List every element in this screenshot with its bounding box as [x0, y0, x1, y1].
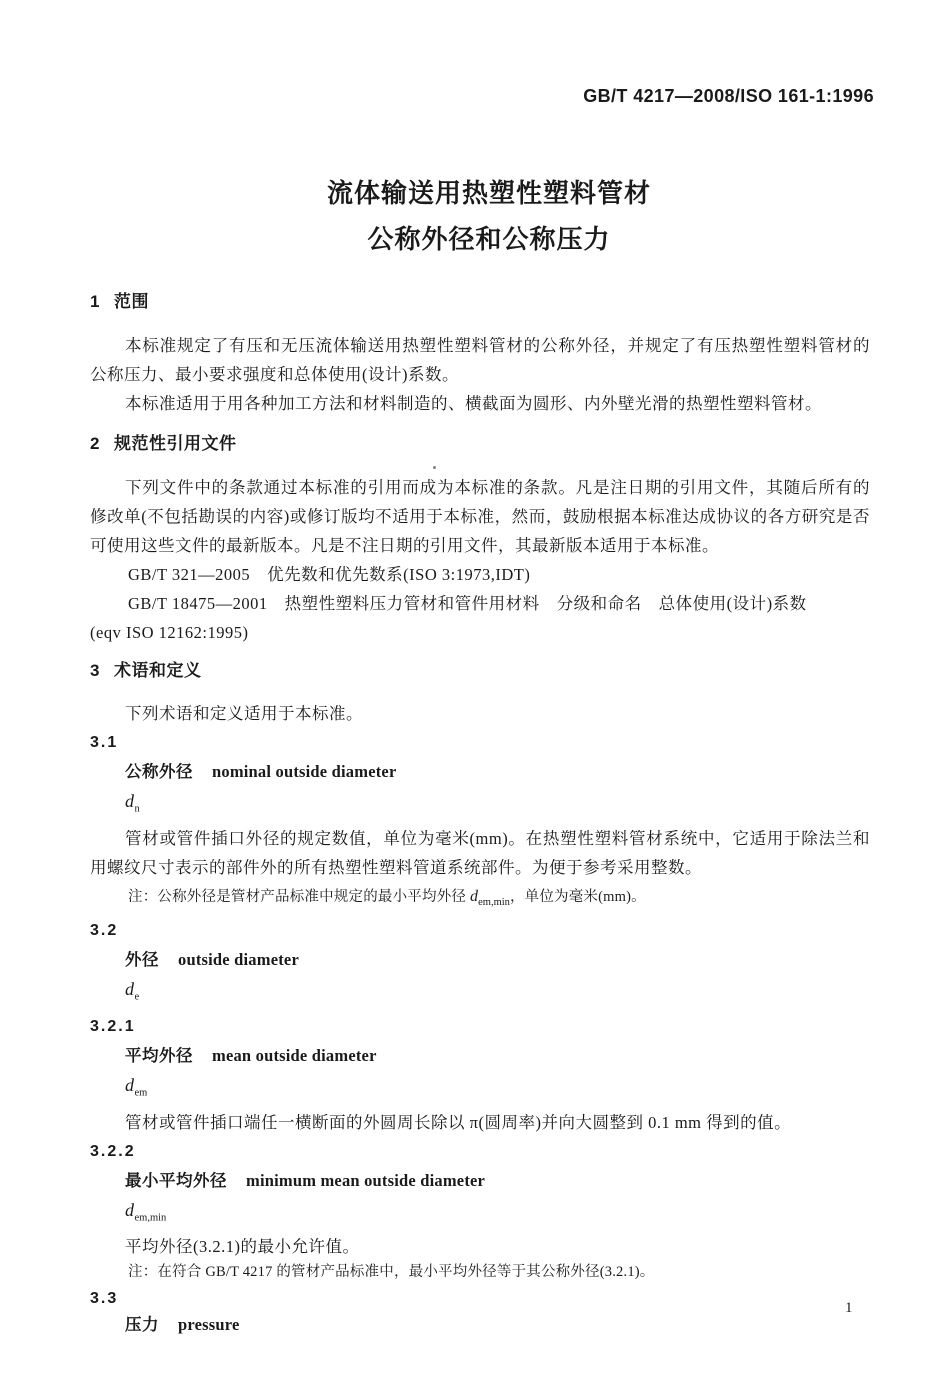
symbol-dem: dem: [90, 1071, 870, 1108]
inline-symbol-base: d: [470, 888, 478, 905]
section-3-number: 3: [90, 661, 100, 680]
note-text: 在符合 GB/T 4217 的管材产品标准中，最小平均外径等于其公称外径(3.2…: [157, 1264, 654, 1280]
definition-mean-outside-diameter: 管材或管件插口端任一横断面的外圆周长除以 π(圆周率)并向大圆整到 0.1 mm…: [90, 1108, 870, 1137]
definition-minimum-mean-outside-diameter: 平均外径(3.2.1)的最小允许值。: [90, 1232, 870, 1261]
note-minimum-mean-outside-diameter: 注：在符合 GB/T 4217 的管材产品标准中，最小平均外径等于其公称外径(3…: [90, 1258, 870, 1287]
term-en: nominal outside diameter: [212, 762, 396, 781]
section-1-title: 范围: [114, 292, 149, 311]
term-zh: 公称外径: [125, 763, 193, 781]
symbol-de: de: [90, 975, 870, 1012]
term-mean-outside-diameter: 平均外径mean outside diameter: [90, 1041, 870, 1071]
standard-code: GB/T 4217—2008/ISO 161-1:1996: [583, 86, 874, 107]
clause-3-1-number: 3.1: [90, 728, 870, 757]
section-1-heading: 1范围: [90, 287, 870, 316]
term-en: pressure: [178, 1315, 240, 1334]
section-1-para-2: 本标准适用于用各种加工方法和材料制造的、横截面为圆形、内外壁光滑的热塑性塑料管材…: [90, 389, 870, 418]
reference-gbt-18475-line-2: (eqv ISO 12162:1995): [90, 623, 248, 642]
term-pressure: 压力pressure: [90, 1310, 870, 1340]
page-number: 1: [845, 1298, 853, 1318]
clause-3-2-2-number: 3.2.2: [90, 1137, 870, 1166]
symbol-subscript: e: [135, 992, 140, 1003]
symbol-dem-min: dem,min: [90, 1196, 870, 1233]
term-minimum-mean-outside-diameter: 最小平均外径minimum mean outside diameter: [90, 1166, 870, 1196]
section-3-title: 术语和定义: [114, 661, 202, 680]
symbol-base: d: [125, 1075, 135, 1095]
symbol-dn: dn: [90, 787, 870, 824]
term-en: mean outside diameter: [212, 1046, 377, 1065]
symbol-base: d: [125, 791, 135, 811]
inline-symbol-subscript: em,min: [478, 896, 510, 907]
symbol-base: d: [125, 979, 135, 999]
reference-gbt-321: GB/T 321—2005 优先数和优先数系(ISO 3:1973,IDT): [90, 560, 870, 589]
section-3-heading: 3术语和定义: [90, 656, 870, 685]
note-text-pre: 公称外径是管材产品标准中规定的最小平均外径: [157, 889, 470, 905]
note-text-post: ，单位为毫米(mm)。: [510, 889, 646, 905]
section-1-number: 1: [90, 292, 100, 311]
section-2-para-1: 下列文件中的条款通过本标准的引用而成为本标准的条款。凡是注日期的引用文件，其随后…: [90, 473, 870, 560]
note-nominal-outside-diameter: 注：公称外径是管材产品标准中规定的最小平均外径 dem,min，单位为毫米(mm…: [90, 882, 870, 917]
term-zh: 外径: [125, 951, 159, 969]
section-1-para-1: 本标准规定了有压和无压流体输送用热塑性塑料管材的公称外径，并规定了有压热塑性塑料…: [90, 331, 870, 389]
term-zh: 最小平均外径: [125, 1172, 227, 1190]
term-outside-diameter: 外径outside diameter: [90, 945, 870, 975]
reference-gbt-18475-line-1: GB/T 18475—2001 热塑性塑料压力管材和管件用材料 分级和命名 总体…: [90, 594, 807, 613]
clause-3-3-number: 3.3: [90, 1284, 870, 1313]
title-line-2: 公称外径和公称压力: [14, 216, 950, 262]
document-page: GB/T 4217—2008/ISO 161-1:1996 流体输送用热塑性塑料…: [0, 0, 950, 1396]
term-en: outside diameter: [178, 950, 299, 969]
term-zh: 压力: [125, 1316, 159, 1334]
symbol-base: d: [125, 1200, 135, 1220]
section-2-heading: 2规范性引用文件: [90, 429, 870, 458]
section-2-title: 规范性引用文件: [114, 434, 237, 453]
section-3-intro: 下列术语和定义适用于本标准。: [90, 699, 870, 728]
note-label: 注：: [128, 889, 157, 905]
document-title: 流体输送用热塑性塑料管材 公称外径和公称压力: [14, 170, 950, 262]
document-body: 1范围 本标准规定了有压和无压流体输送用热塑性塑料管材的公称外径，并规定了有压热…: [90, 287, 870, 1340]
symbol-subscript: n: [135, 804, 140, 815]
note-label: 注：: [128, 1264, 157, 1280]
clause-3-2-number: 3.2: [90, 916, 870, 945]
symbol-subscript: em,min: [135, 1212, 167, 1223]
term-en: minimum mean outside diameter: [246, 1171, 485, 1190]
clause-3-2-1-number: 3.2.1: [90, 1012, 870, 1041]
term-nominal-outside-diameter: 公称外径nominal outside diameter: [90, 757, 870, 787]
section-2-number: 2: [90, 434, 100, 453]
symbol-subscript: em: [135, 1088, 148, 1099]
term-zh: 平均外径: [125, 1047, 193, 1065]
title-line-1: 流体输送用热塑性塑料管材: [14, 170, 950, 216]
definition-nominal-outside-diameter: 管材或管件插口外径的规定数值，单位为毫米(mm)。在热塑性塑料管材系统中，它适用…: [90, 824, 870, 882]
reference-gbt-18475: GB/T 18475—2001 热塑性塑料压力管材和管件用材料 分级和命名 总体…: [90, 589, 870, 647]
